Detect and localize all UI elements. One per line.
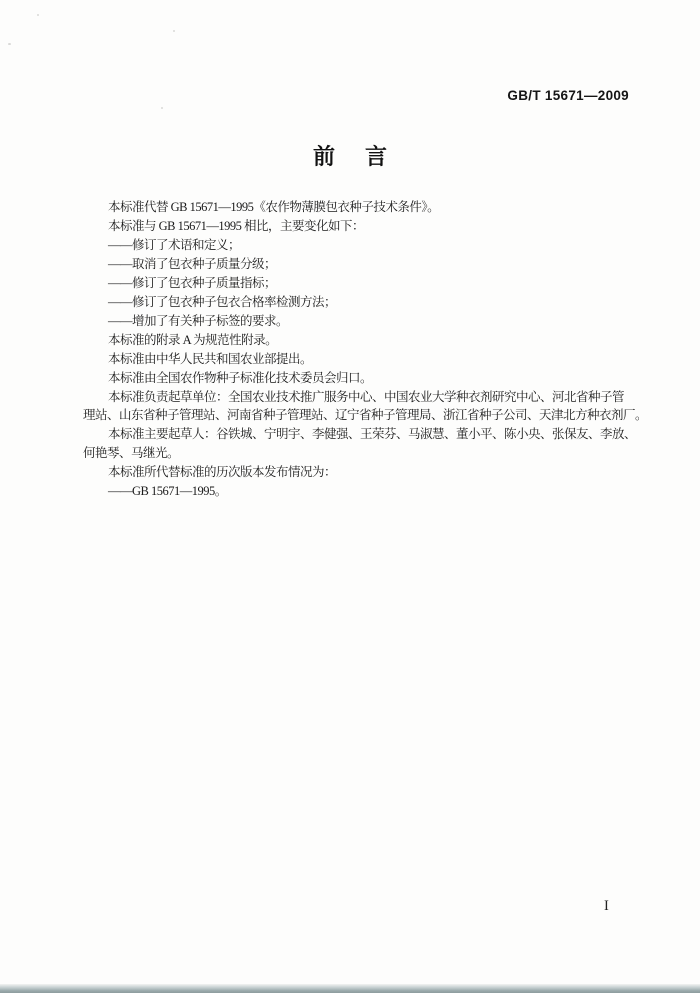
scan-speck: [8, 43, 11, 45]
page-number: I: [604, 898, 609, 915]
body-line: 本标准由全国农作物种子标准化技术委员会归口。: [83, 369, 645, 388]
title-char-right: 言: [365, 144, 387, 170]
body-text: 本标准代替 GB 15671—1995《农作物薄膜包衣种子技术条件》。本标准与 …: [83, 198, 645, 501]
body-line: 本标准所代替标准的历次版本发布情况为：: [83, 463, 645, 482]
scan-bottom-edge: [0, 984, 700, 993]
body-line: 理站、山东省种子管理站、河南省种子管理站、辽宁省种子管理局、浙江省种子公司、天津…: [83, 406, 645, 425]
scan-speck: [173, 30, 175, 32]
body-line: 本标准由中华人民共和国农业部提出。: [83, 350, 645, 369]
scan-speck: [37, 14, 39, 16]
body-line: 本标准代替 GB 15671—1995《农作物薄膜包衣种子技术条件》。: [83, 198, 645, 217]
standard-code-header: GB/T 15671—2009: [507, 88, 629, 103]
body-line: 本标准与 GB 15671—1995 相比，主要变化如下：: [83, 217, 645, 236]
scan-speck: [161, 107, 163, 109]
body-line: ——修订了包衣种子质量指标；: [83, 274, 645, 293]
body-line: ——增加了有关种子标签的要求。: [83, 312, 645, 331]
body-line: 本标准的附录 A 为规范性附录。: [83, 331, 645, 350]
scanned-document-page: GB/T 15671—2009 前 言 本标准代替 GB 15671—1995《…: [0, 0, 700, 993]
body-line: ——取消了包衣种子质量分级；: [83, 255, 645, 274]
title-char-left: 前: [313, 144, 335, 170]
page-title: 前 言: [0, 144, 700, 170]
body-line: 何艳琴、马继光。: [83, 444, 645, 463]
body-line: 本标准负责起草单位：全国农业技术推广服务中心、中国农业大学种衣剂研究中心、河北省…: [83, 388, 645, 407]
body-line: ——修订了包衣种子包衣合格率检测方法；: [83, 293, 645, 312]
body-line: ——GB 15671—1995。: [83, 482, 645, 501]
body-line: ——修订了术语和定义；: [83, 236, 645, 255]
body-line: 本标准主要起草人：谷铁城、宁明宇、李健强、王荣芬、马淑慧、董小平、陈小央、张保友…: [83, 425, 645, 444]
